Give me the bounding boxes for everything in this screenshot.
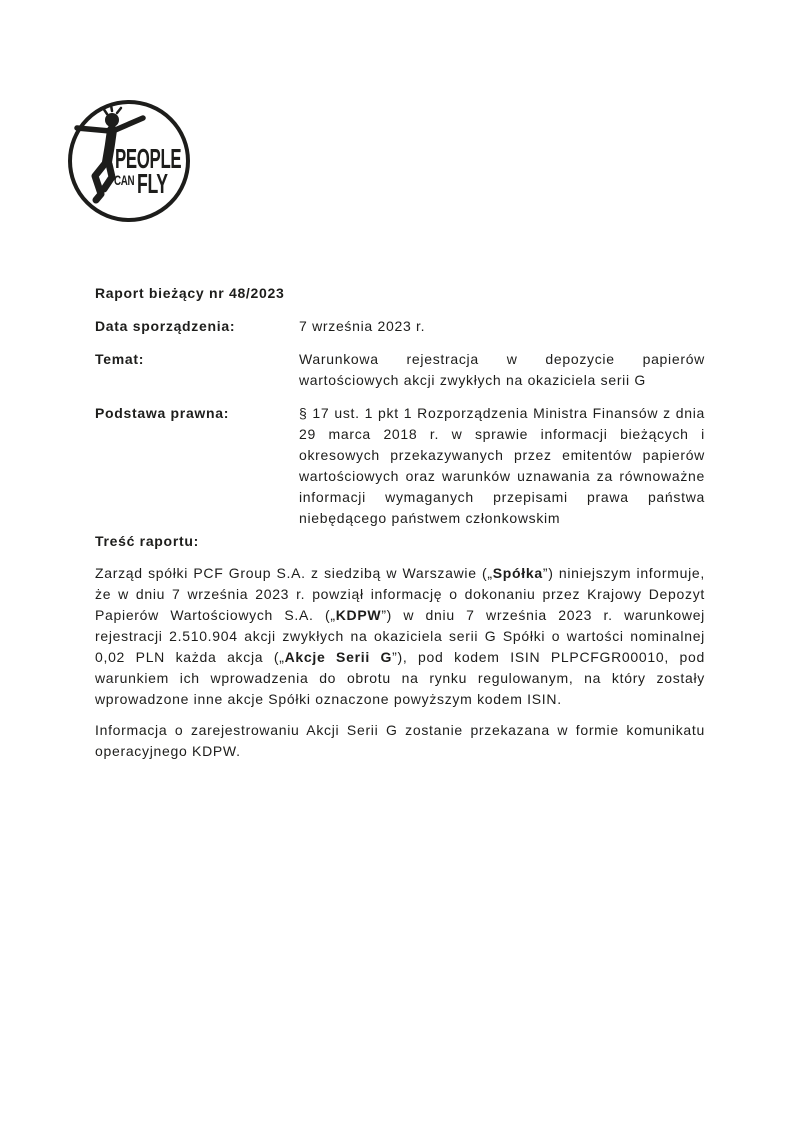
field-value: § 17 ust. 1 pkt 1 Rozporządzenia Ministr… [299, 403, 705, 529]
field-label: Data sporządzenia: [95, 316, 299, 337]
report-title: Raport bieżący nr 48/2023 [95, 283, 705, 304]
field-row-podstawa-prawna: Podstawa prawna: § 17 ust. 1 pkt 1 Rozpo… [95, 403, 705, 529]
logo-text-fly: FLY [137, 168, 168, 199]
field-row-data-sporzadzenia: Data sporządzenia: 7 września 2023 r. [95, 316, 705, 337]
field-value: Warunkowa rejestracja w depozycie papier… [299, 349, 705, 391]
field-label: Podstawa prawna: [95, 403, 299, 529]
field-value: 7 września 2023 r. [299, 316, 705, 337]
report-content-heading: Treść raportu: [95, 531, 705, 552]
report-paragraph-1: Zarząd spółki PCF Group S.A. z siedzibą … [95, 563, 705, 710]
bold-text-segment: Akcje Serii G [285, 649, 393, 665]
text-segment: Informacja o zarejestrowaniu Akcji Serii… [95, 722, 705, 759]
text-segment: Zarząd spółki PCF Group S.A. z siedzibą … [95, 565, 493, 581]
document-page: PEOPLE CAN FLY Raport bieżący nr 48/2023… [0, 0, 800, 1131]
report-body: Raport bieżący nr 48/2023 Data sporządze… [95, 283, 705, 772]
field-row-temat: Temat: Warunkowa rejestracja w depozycie… [95, 349, 705, 391]
report-paragraph-2: Informacja o zarejestrowaniu Akcji Serii… [95, 720, 705, 762]
pcf-logo-svg: PEOPLE CAN FLY [66, 98, 192, 224]
field-label: Temat: [95, 349, 299, 391]
bold-text-segment: KDPW [336, 607, 382, 623]
pcf-logo: PEOPLE CAN FLY [66, 98, 192, 224]
bold-text-segment: Spółka [493, 565, 543, 581]
logo-text-can: CAN [114, 172, 134, 188]
